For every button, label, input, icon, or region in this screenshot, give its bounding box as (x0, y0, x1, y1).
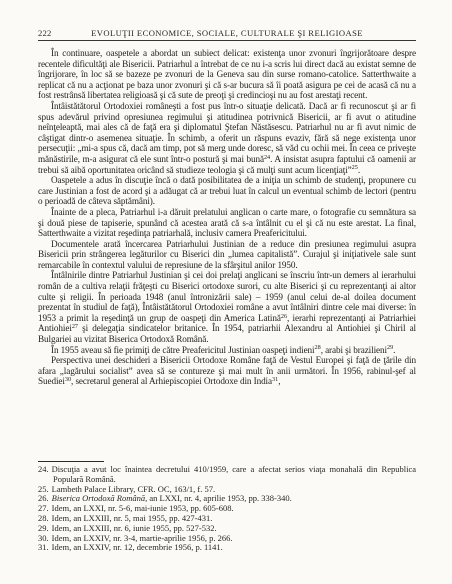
footnote: 24.Discuţia a avut loc înaintea decretul… (38, 465, 416, 485)
footnote-ref: 24 (264, 154, 270, 161)
text-run: şi delegaţia sindicatelor britanice. În … (38, 323, 416, 344)
paragraph: Întâistătătorul Ortodoxiei româneşti a f… (38, 101, 416, 175)
paragraph: În 1955 aveau să fie primiţi de către Pr… (38, 345, 416, 356)
footnote-number: 27. (38, 503, 52, 513)
text-run: Lambeth Palace Library, CFR. OC, 163/1, … (52, 484, 216, 494)
text-run: În continuare, oaspetele a abordat un su… (38, 48, 416, 100)
text-run: , (278, 376, 280, 386)
text-run: Idem, an LXXIII, nr. 6, iunie 1955, pp. … (52, 523, 217, 533)
footnote-ref: 28 (315, 344, 321, 351)
page-number: 222 (38, 28, 52, 39)
footnote-number: 29. (38, 523, 52, 533)
text-run: Idem, an LXXI, nr. 5-6, mai-iunie 1953, … (52, 503, 234, 513)
footnote-ref: 27 (72, 323, 78, 330)
footnote-ref: 25 (352, 164, 358, 171)
header-title: EVOLUŢII ECONOMICE, SOCIALE, CULTURALE Ş… (38, 28, 416, 39)
footnotes: 24.Discuţia a avut loc înaintea decretul… (38, 465, 416, 553)
running-header: 222 EVOLUŢII ECONOMICE, SOCIALE, CULTURA… (38, 28, 416, 39)
footnote-number: 24. (38, 464, 52, 474)
paragraph: Oaspetele a adus în discuţie încă o dată… (38, 175, 416, 207)
text-run: . (358, 165, 360, 175)
text-run: Idem, an LXXIV, nr. 3-4, martie-aprilie … (52, 533, 233, 543)
text-run: În 1955 aveau să fie primiţi de către Pr… (51, 345, 315, 355)
footnote-number: 26. (38, 493, 52, 503)
paragraph: În continuare, oaspetele a abordat un su… (38, 48, 416, 101)
footnote-ref: 31 (272, 376, 278, 383)
text-run: . (393, 345, 395, 355)
text-run: Documentele arată încercarea Patriarhulu… (38, 239, 416, 270)
text-run: Discuţia a avut loc înaintea decretului … (52, 464, 416, 484)
book-page: 222 EVOLUŢII ECONOMICE, SOCIALE, CULTURA… (0, 0, 452, 584)
footnote-ref: 26 (281, 313, 287, 320)
text-run: Înainte de a pleca, Patriarhul i-a dărui… (38, 207, 416, 238)
footnote-ref: 29 (387, 344, 393, 351)
text-run: , arabi şi brazilieni (321, 345, 387, 355)
header-rule (38, 40, 416, 41)
paragraph: Întâlnirile dintre Patriarhul Justinian … (38, 270, 416, 344)
footnote-number: 28. (38, 513, 52, 523)
footnote: 31.Idem, an LXXIV, nr. 12, decembrie 195… (38, 543, 416, 553)
footnote-number: 31. (38, 542, 52, 552)
text-run: Oaspetele a adus în discuţie încă o dată… (38, 175, 416, 206)
footnote-number: 30. (38, 533, 52, 543)
footnote-ref: 30 (65, 376, 71, 383)
paragraph: Documentele arată încercarea Patriarhulu… (38, 239, 416, 271)
paragraph: Înainte de a pleca, Patriarhul i-a dărui… (38, 207, 416, 239)
paragraph: Perspectiva unei deschideri a Bisericii … (38, 355, 416, 387)
text-run: Idem, an LXXIII, nr. 5, mai 1955, pp. 42… (52, 513, 213, 523)
footnote-separator (38, 461, 104, 462)
text-run: Idem, an LXXIV, nr. 12, decembrie 1956, … (52, 542, 223, 552)
text-run: , secretarul general al Arhiepiscopiei O… (71, 376, 272, 386)
body-text: În continuare, oaspetele a abordat un su… (38, 48, 416, 387)
text-run: , an LXXI, nr. 4, aprilie 1953, pp. 338-… (145, 493, 292, 503)
italic-work-title: Biserica Ortodoxă Română (52, 493, 146, 503)
footnote-number: 25. (38, 484, 52, 494)
